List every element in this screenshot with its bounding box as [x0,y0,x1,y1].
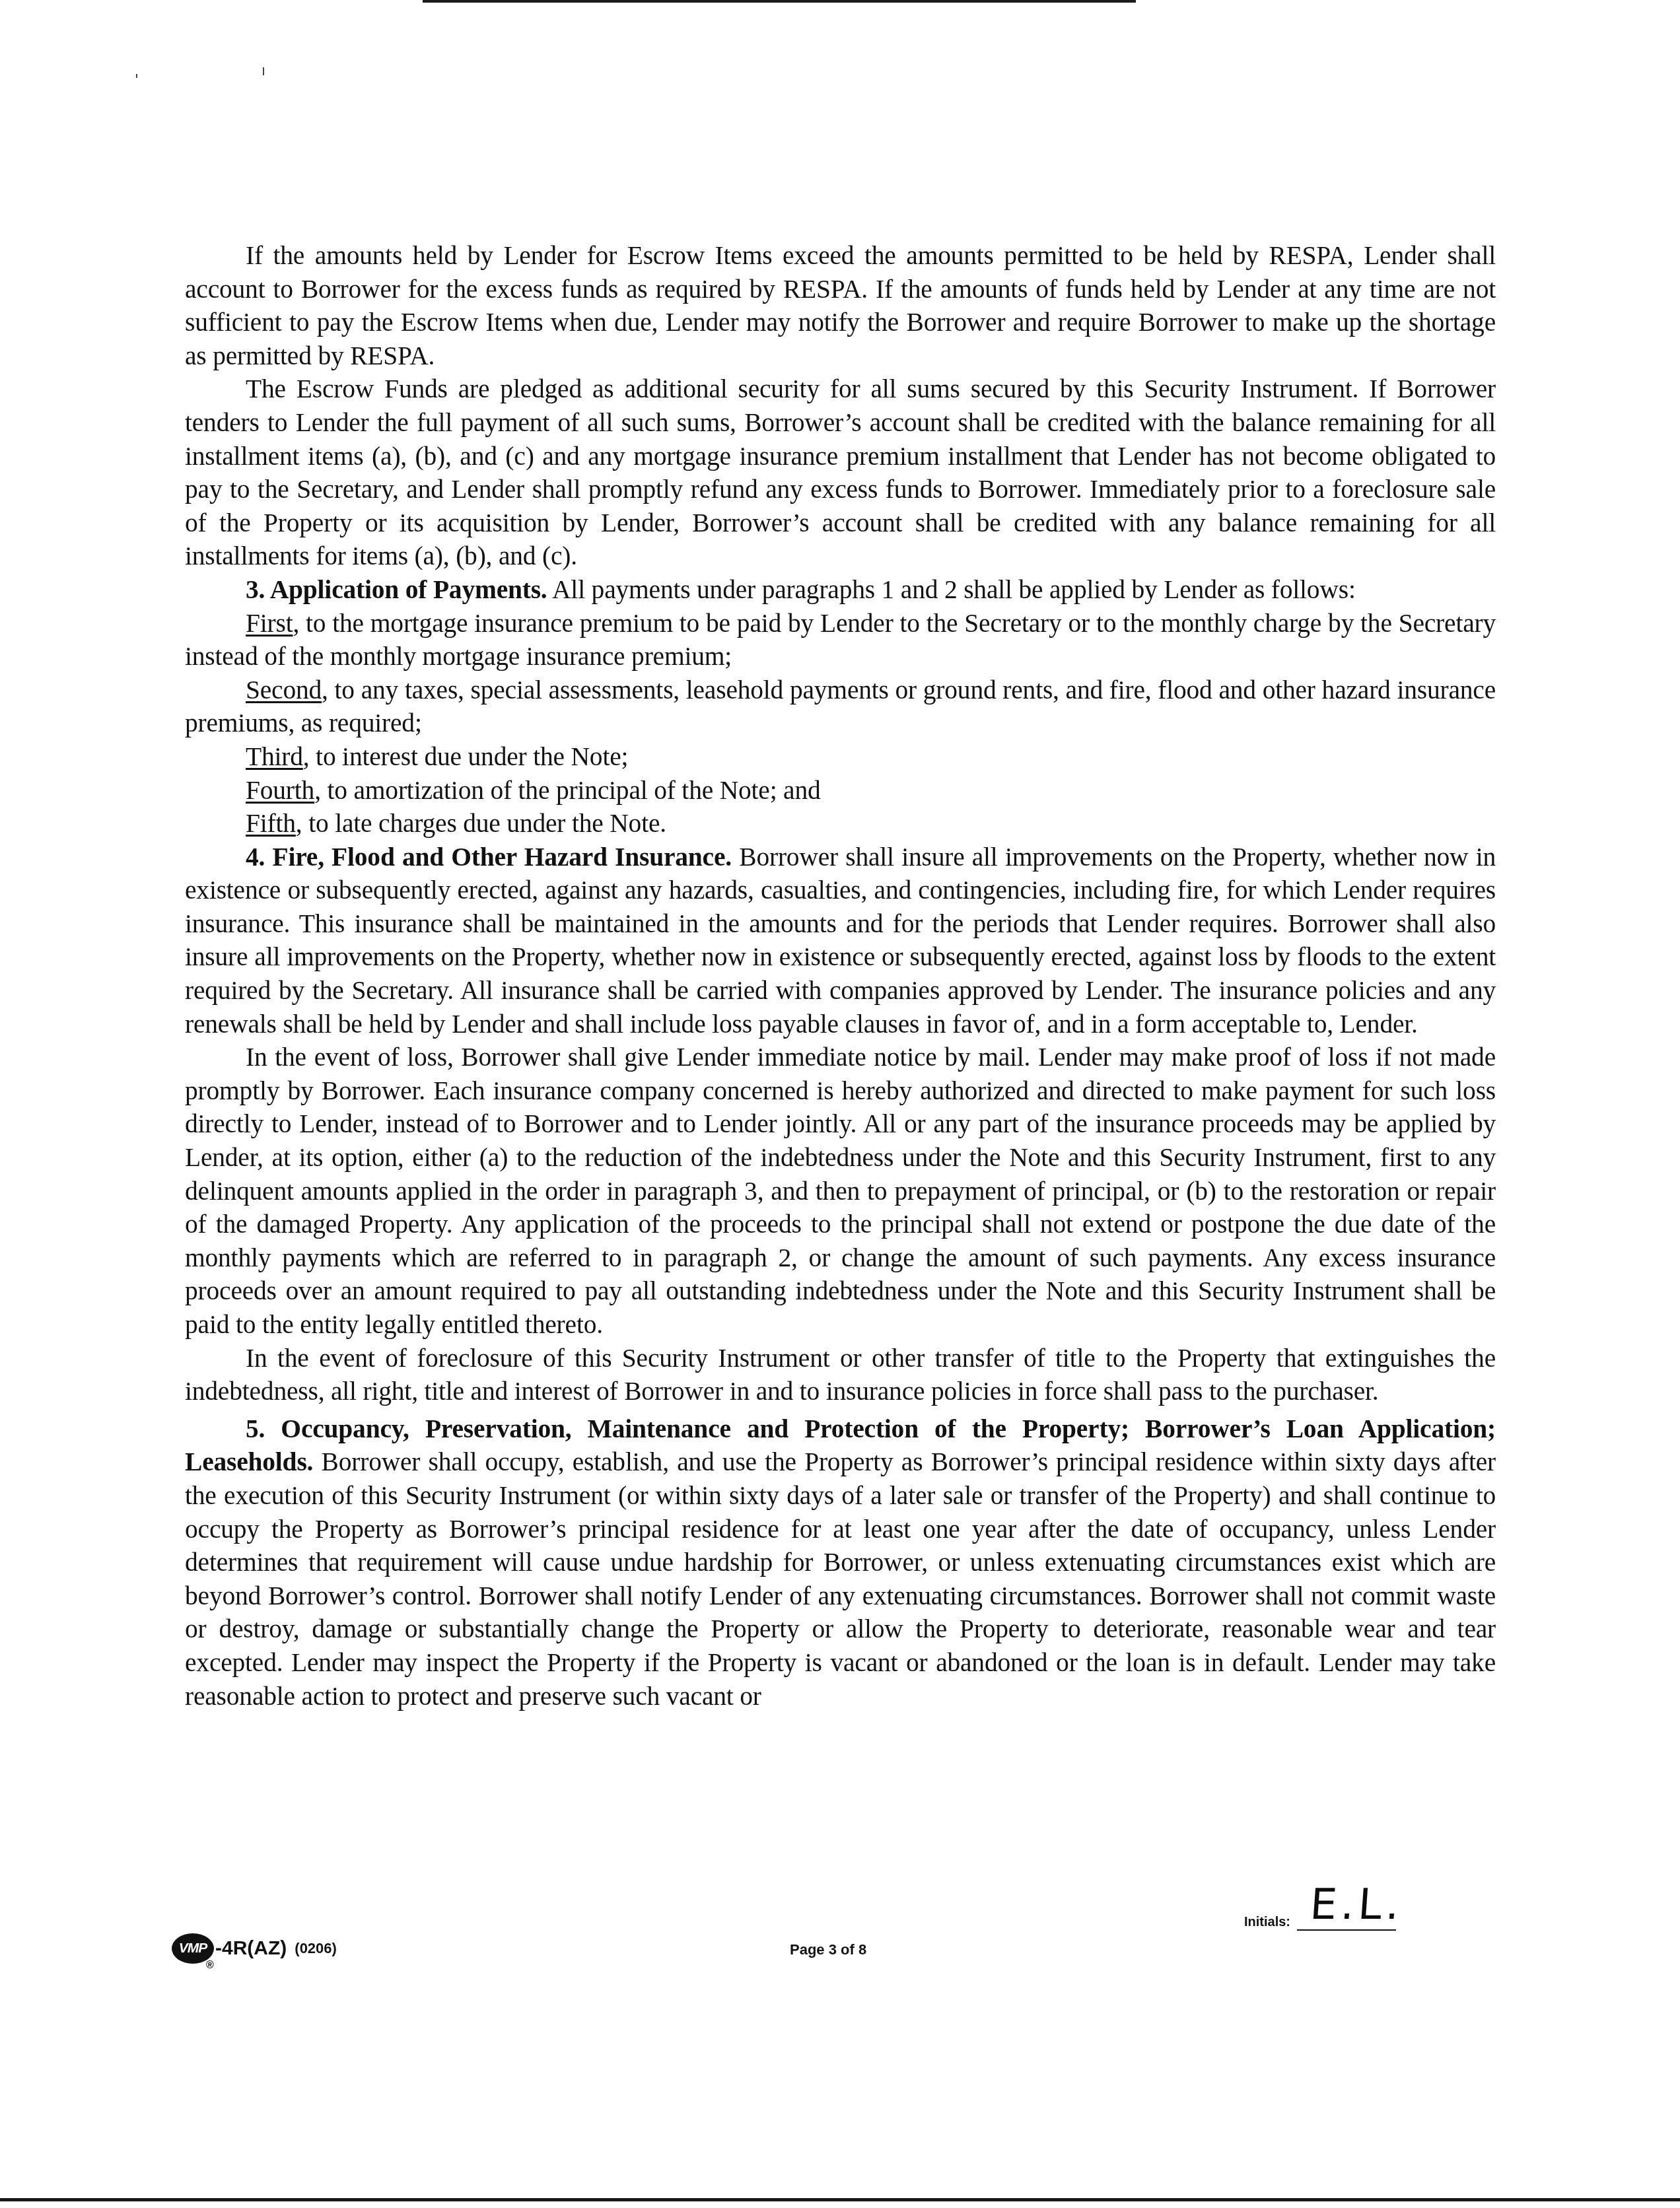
initials-signature-line [1297,1929,1396,1931]
first-label: First [246,609,293,638]
paragraph-escrow-pledged: The Escrow Funds are pledged as addition… [185,372,1496,573]
initials-field: Initials: E.L. [1242,1888,1479,1941]
registered-mark-icon: ® [206,1960,213,1972]
fifth-text: , to late charges due under the Note. [296,809,666,838]
paragraph-event-of-foreclosure: In the event of foreclosure of this Secu… [185,1342,1496,1408]
section-5-occupancy: 5. Occupancy, Preservation, Maintenance … [185,1412,1496,1713]
form-identifier: VMP ® -4R(AZ) (0206) [172,1933,337,1964]
paragraph-escrow-excess: If the amounts held by Lender for Escrow… [185,239,1496,372]
section-3-fourth: Fourth, to amortization of the principal… [185,774,1496,808]
section-5-text: Borrower shall occupy, establish, and us… [185,1447,1496,1710]
scan-artifact-bottom-line [0,2198,1680,2201]
first-text: , to the mortgage insurance premium to b… [185,609,1496,672]
section-3-fifth: Fifth, to late charges due under the Not… [185,807,1496,841]
fifth-label: Fifth [246,809,296,838]
section-3-text: All payments under paragraphs 1 and 2 sh… [547,575,1356,604]
section-3-second: Second, to any taxes, special assessment… [185,673,1496,740]
form-code: -4R(AZ) [215,1937,287,1960]
vmp-logo-icon: VMP ® [172,1933,214,1964]
section-3-third: Third, to interest due under the Note; [185,740,1496,774]
scan-speck [136,74,137,78]
scan-speck [263,67,264,75]
third-label: Third [246,742,303,771]
page-number: Page 3 of 8 [790,1941,866,1958]
second-text: , to any taxes, special assessments, lea… [185,675,1496,738]
paragraph-event-of-loss: In the event of loss, Borrower shall giv… [185,1041,1496,1341]
section-3-heading: 3. Application of Payments. [246,575,547,604]
section-4-hazard-insurance: 4. Fire, Flood and Other Hazard Insuranc… [185,841,1496,1041]
scan-artifact-top-line [423,0,1136,3]
handwritten-initials: E.L. [1308,1880,1405,1929]
document-body: If the amounts held by Lender for Escrow… [185,239,1496,1713]
section-4-text: Borrower shall insure all improvements o… [185,843,1496,1039]
section-4-heading: 4. Fire, Flood and Other Hazard Insuranc… [246,843,732,872]
initials-label: Initials: [1244,1915,1290,1930]
third-text: , to interest due under the Note; [303,742,629,771]
fourth-label: Fourth [246,776,314,805]
second-label: Second [246,675,322,705]
section-3-first: First, to the mortgage insurance premium… [185,607,1496,673]
section-3-application-of-payments: 3. Application of Payments. All payments… [185,573,1496,607]
form-date: (0206) [295,1940,337,1957]
fourth-text: , to amortization of the principal of th… [314,776,820,805]
vmp-logo-text: VMP [179,1941,207,1956]
